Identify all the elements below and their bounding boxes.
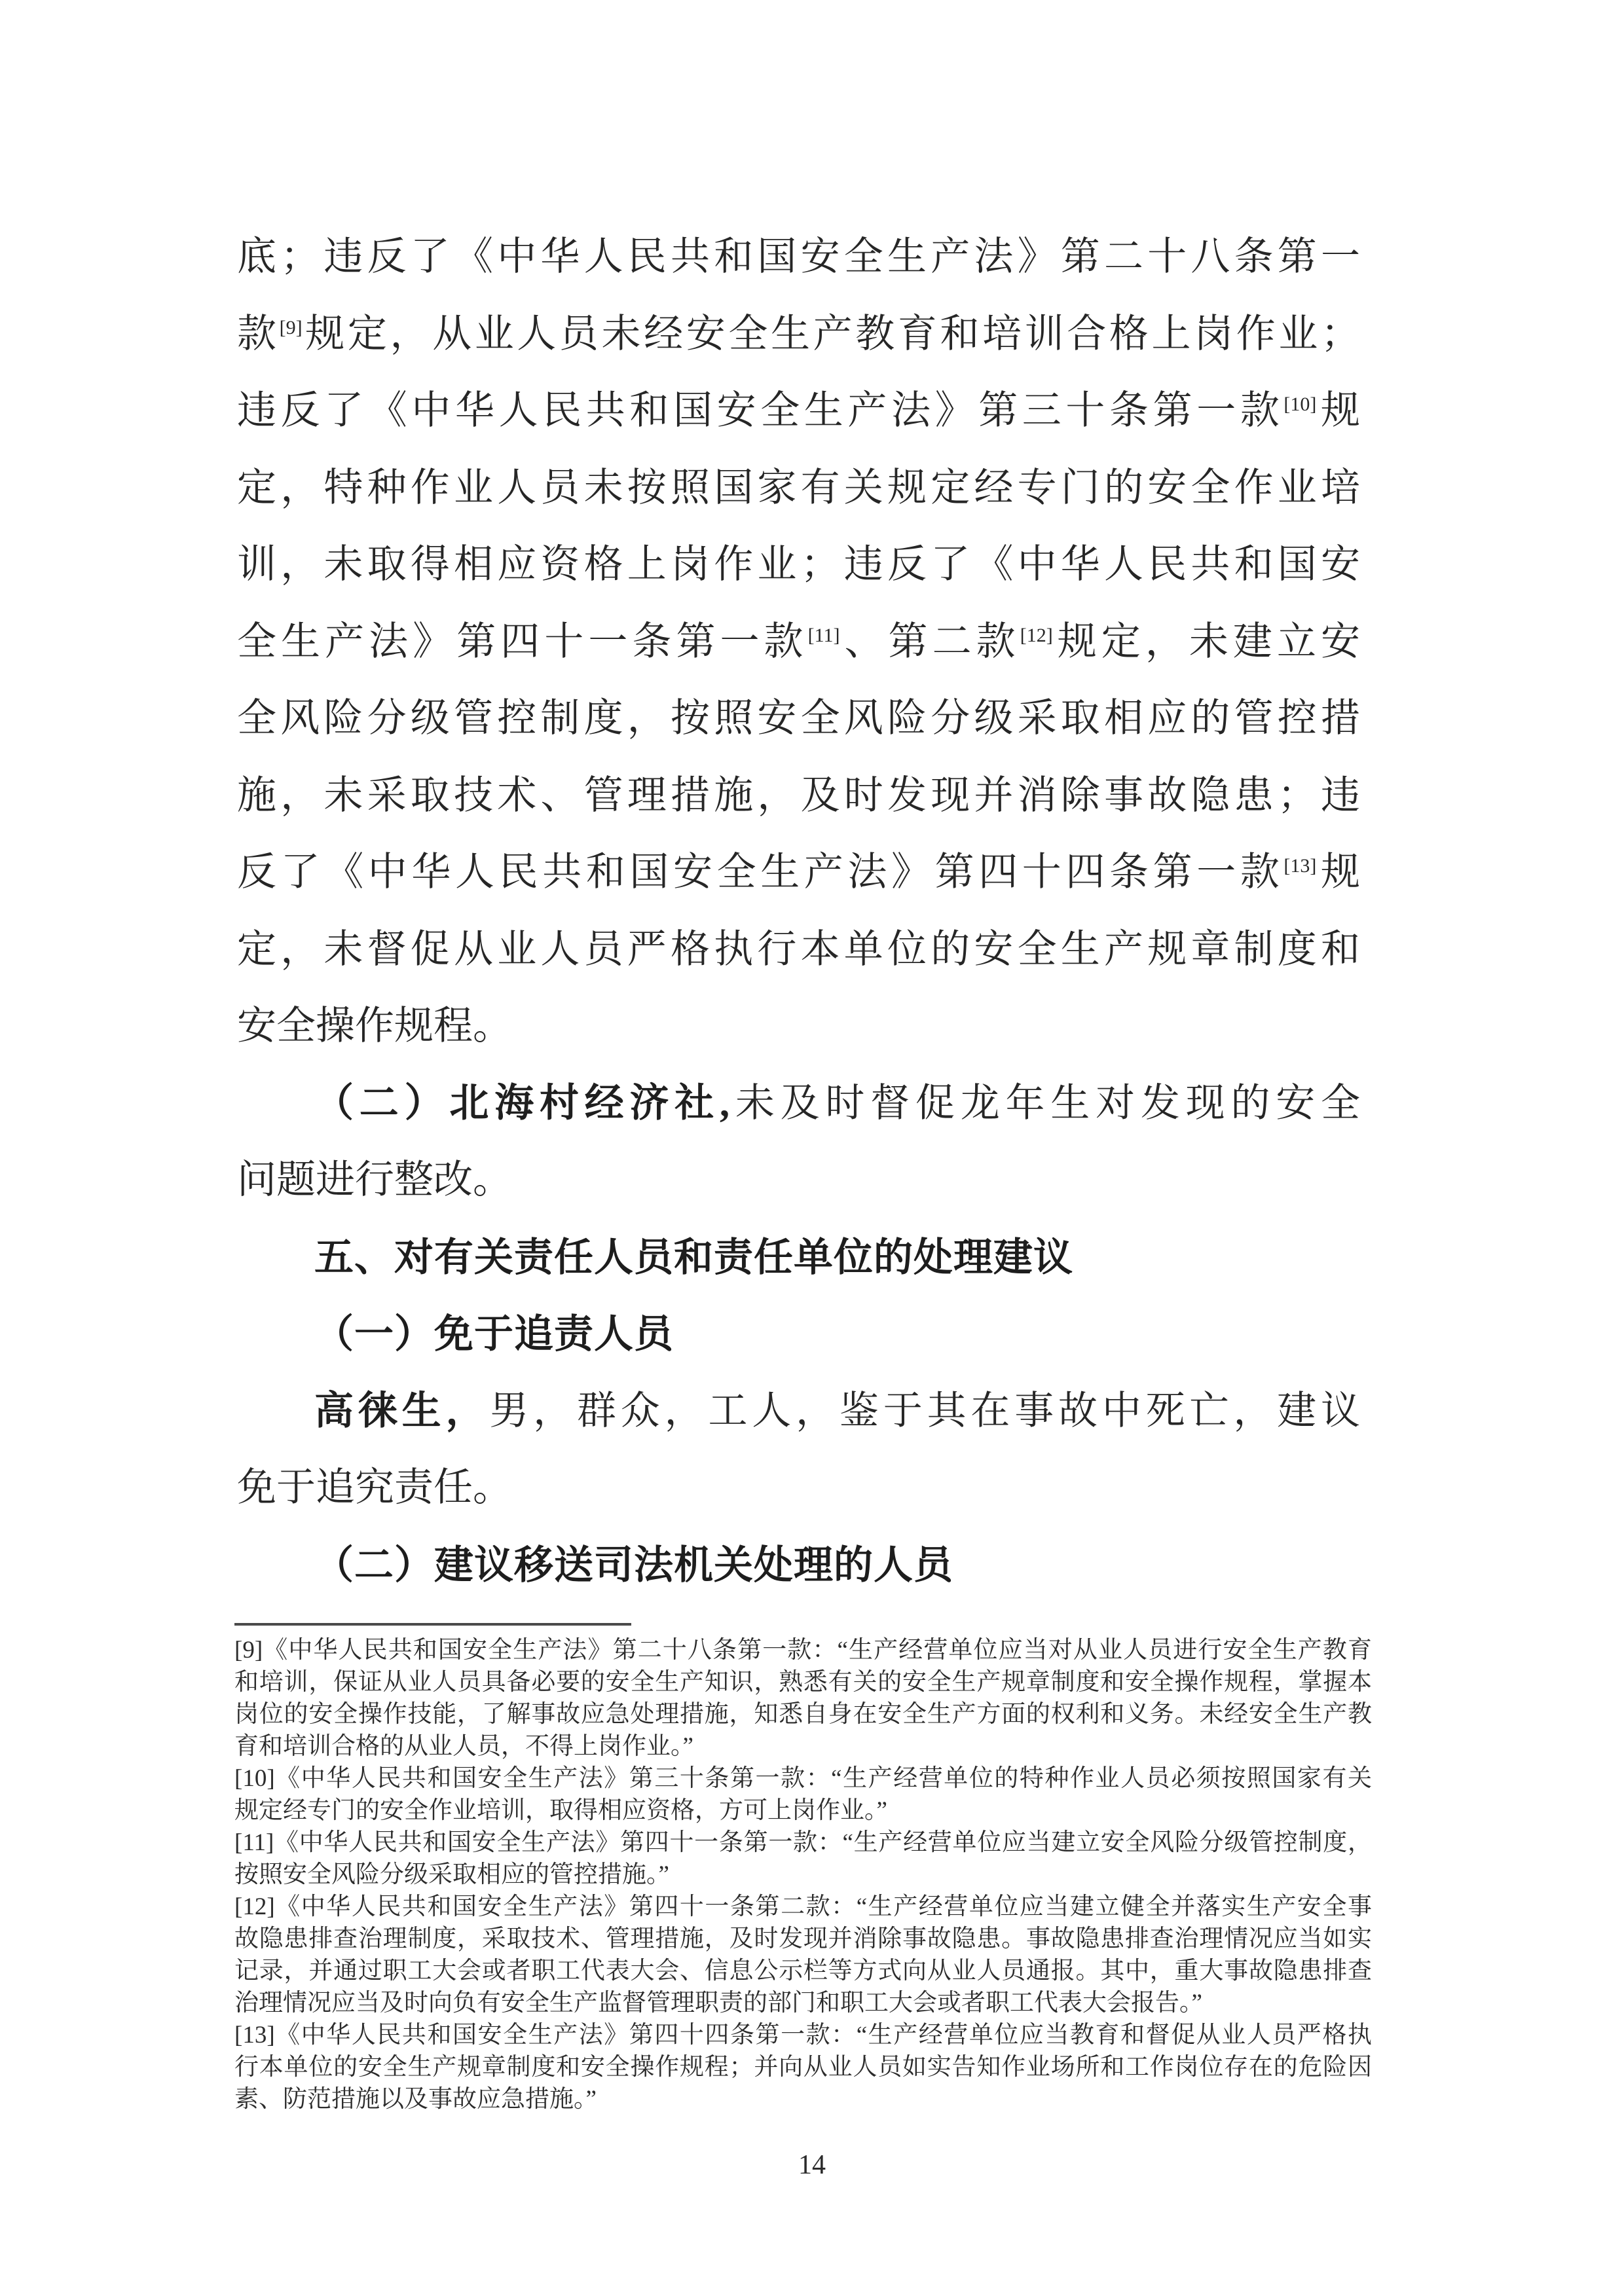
- footnotes-block: [9]《中华人民共和国安全生产法》第二十八条第一款：“生产经营单位应当对从业人员…: [234, 1634, 1372, 2115]
- footnote-ref-13: [13]: [1283, 855, 1316, 877]
- footnote-line: 规定经专门的安全作业培训，取得相应资格，方可上岗作业。”: [234, 1795, 1372, 1827]
- footnote-line: 故隐患排查治理制度，采取技术、管理措施，及时发现并消除事故隐患。事故隐患排查治理…: [234, 1923, 1372, 1955]
- footnote-line: [9]《中华人民共和国安全生产法》第二十八条第一款：“生产经营单位应当对从业人员…: [234, 1634, 1372, 1666]
- body-line-text: 训，未取得相应资格上岗作业；违反了《中华人民共和国安: [237, 543, 1360, 586]
- body-line: 底；违反了《中华人民共和国安全生产法》第二十八条第一: [237, 219, 1360, 296]
- body-line-text: 施，未采取技术、管理措施，及时发现并消除事故隐患；违: [237, 774, 1360, 817]
- body-line-text: 规: [1316, 389, 1360, 432]
- body-line-text: 未及时督促龙年生对发现的安全: [729, 1082, 1360, 1125]
- entity-name-bold: （二）北海村经济社,: [314, 1082, 729, 1125]
- footnote-line: [13]《中华人民共和国安全生产法》第四十四条第一款：“生产经营单位应当教育和督…: [234, 2019, 1372, 2051]
- body-line: 训，未取得相应资格上岗作业；违反了《中华人民共和国安: [237, 526, 1360, 604]
- footnote-line: 按照安全风险分级采取相应的管控措施。”: [234, 1859, 1372, 1891]
- subsection-heading-text: （二）建议移送司法机关处理的人员: [314, 1543, 953, 1587]
- footnote-line: [11]《中华人民共和国安全生产法》第四十一条第一款：“生产经营单位应当建立安全…: [234, 1827, 1372, 1859]
- body-line-text: 全生产法》第四十一条第一款: [237, 620, 808, 663]
- body-line-text: 男，群众，工人，鉴于其在事故中死亡，建议: [489, 1389, 1360, 1432]
- body-line: 反了《中华人民共和国安全生产法》第四十四条第一款[13]规: [237, 834, 1360, 911]
- footnote-line: 和培训，保证从业人员具备必要的安全生产知识，熟悉有关的安全生产规章制度和安全操作…: [234, 1666, 1372, 1698]
- body-line-text: 全风险分级管控制度，按照安全风险分级采取相应的管控措: [237, 697, 1360, 740]
- body-line-text: 安全操作规程。: [237, 1004, 512, 1048]
- footnote-line: 治理情况应当及时向负有安全生产监督管理职责的部门和职工大会或者职工代表大会报告。…: [234, 1987, 1372, 2019]
- body-line: （二）北海村经济社,未及时督促龙年生对发现的安全: [237, 1065, 1360, 1142]
- page-number: 14: [0, 2149, 1624, 2181]
- body-line: 违反了《中华人民共和国安全生产法》第三十条第一款[10]规: [237, 373, 1360, 450]
- section-heading: 五、对有关责任人员和责任单位的处理建议: [237, 1219, 1360, 1296]
- footnote-line: 岗位的安全操作技能，了解事故应急处理措施，知悉自身在安全生产方面的权利和义务。未…: [234, 1698, 1372, 1730]
- body-line-text: 款: [237, 312, 280, 355]
- footnote-line: 行本单位的安全生产规章制度和安全操作规程；并向从业人员如实告知作业场所和工作岗位…: [234, 2051, 1372, 2083]
- body-line: 免于追究责任。: [237, 1449, 1360, 1527]
- footnote-ref-11: [11]: [808, 625, 840, 646]
- subsection-heading: （一）免于追责人员: [237, 1296, 1360, 1373]
- footnote-line: [10]《中华人民共和国安全生产法》第三十条第一款：“生产经营单位的特种作业人员…: [234, 1762, 1372, 1795]
- footnote-separator: [234, 1623, 631, 1626]
- section-heading-text: 五、对有关责任人员和责任单位的处理建议: [314, 1235, 1073, 1279]
- body-line-text: 反了《中华人民共和国安全生产法》第四十四条第一款: [237, 850, 1283, 894]
- body-line: 施，未采取技术、管理措施，及时发现并消除事故隐患；违: [237, 757, 1360, 835]
- body-line-text: 底；违反了《中华人民共和国安全生产法》第二十八条第一: [237, 235, 1360, 278]
- body-line-text: 规定，未建立安: [1053, 620, 1360, 663]
- body-line: 定，未督促从业人员严格执行本单位的安全生产规章制度和: [237, 911, 1360, 989]
- footnote-ref-12: [12]: [1020, 625, 1053, 646]
- footnote-line: [12]《中华人民共和国安全生产法》第四十一条第二款：“生产经营单位应当建立健全…: [234, 1891, 1372, 1923]
- main-text-block: 底；违反了《中华人民共和国安全生产法》第二十八条第一 款[9]规定，从业人员未经…: [237, 219, 1360, 1603]
- body-line-text: 规: [1316, 850, 1360, 894]
- body-line: 定，特种作业人员未按照国家有关规定经专门的安全作业培: [237, 450, 1360, 527]
- person-name-bold: 高徕生，: [314, 1389, 489, 1432]
- subsection-heading: （二）建议移送司法机关处理的人员: [237, 1527, 1360, 1604]
- body-line: 安全操作规程。: [237, 988, 1360, 1065]
- body-line: 款[9]规定，从业人员未经安全生产教育和培训合格上岗作业；: [237, 296, 1360, 373]
- document-page: 底；违反了《中华人民共和国安全生产法》第二十八条第一 款[9]规定，从业人员未经…: [0, 0, 1624, 2296]
- body-line-text: 规定，从业人员未经安全生产教育和培训合格上岗作业；: [303, 312, 1360, 355]
- footnote-line: 素、防范措施以及事故应急措施。”: [234, 2083, 1372, 2115]
- body-line: 全生产法》第四十一条第一款[11]、第二款[12]规定，未建立安: [237, 604, 1360, 681]
- body-line-text: 定，特种作业人员未按照国家有关规定经专门的安全作业培: [237, 466, 1360, 509]
- footnote-line: 记录，并通过职工大会或者职工代表大会、信息公示栏等方式向从业人员通报。其中，重大…: [234, 1955, 1372, 1987]
- body-line: 高徕生，男，群众，工人，鉴于其在事故中死亡，建议: [237, 1373, 1360, 1450]
- body-line-text: 、第二款: [840, 620, 1020, 663]
- footnote-ref-10: [10]: [1283, 393, 1316, 415]
- body-line: 问题进行整改。: [237, 1142, 1360, 1219]
- body-line-text: 定，未督促从业人员严格执行本单位的安全生产规章制度和: [237, 928, 1360, 971]
- body-line-text: 免于追究责任。: [237, 1466, 512, 1509]
- footnote-line: 育和培训合格的从业人员，不得上岗作业。”: [234, 1730, 1372, 1762]
- subsection-heading-text: （一）免于追责人员: [314, 1312, 674, 1356]
- body-line-text: 违反了《中华人民共和国安全生产法》第三十条第一款: [237, 389, 1283, 432]
- body-line-text: 问题进行整改。: [237, 1158, 512, 1201]
- footnote-ref-9: [9]: [280, 317, 303, 338]
- body-line: 全风险分级管控制度，按照安全风险分级采取相应的管控措: [237, 680, 1360, 757]
